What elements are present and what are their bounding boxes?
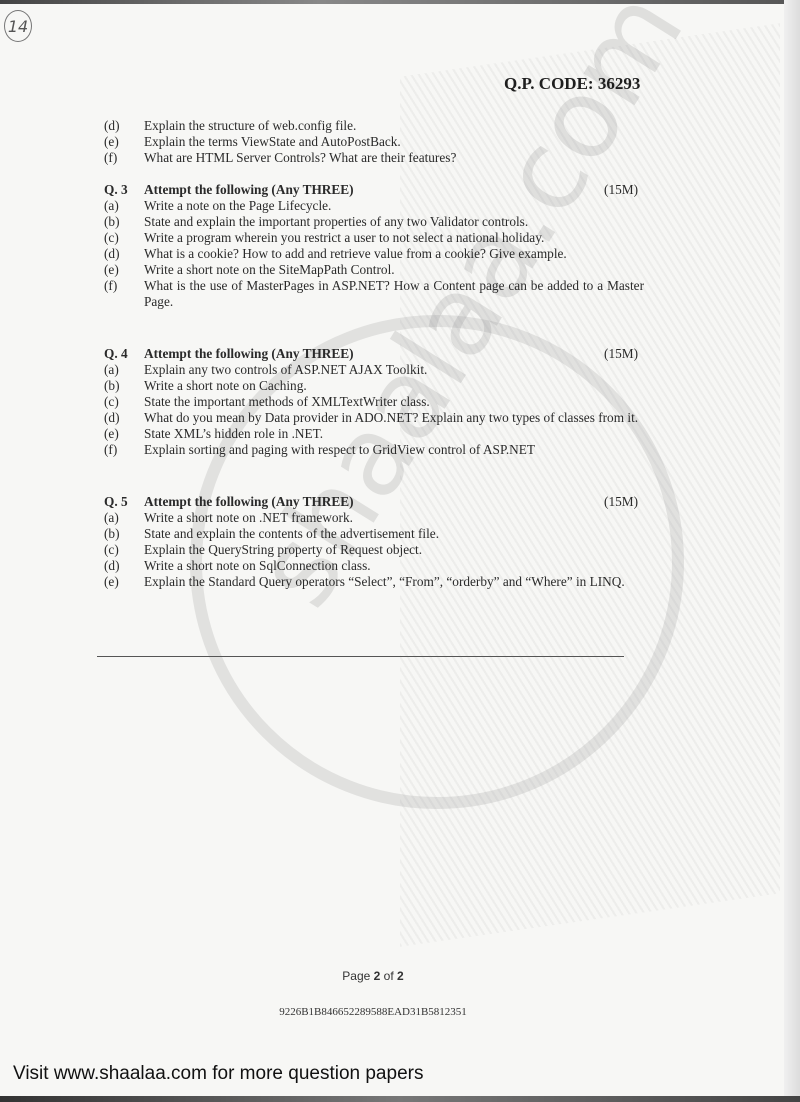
qp-code: Q.P. CODE: 36293 xyxy=(504,74,640,94)
question-item: (b) State and explain the important prop… xyxy=(104,214,644,230)
question-item: (b) State and explain the contents of th… xyxy=(104,526,644,542)
question-item: (a) Explain any two controls of ASP.NET … xyxy=(104,362,644,378)
item-label: (b) xyxy=(104,526,144,542)
item-text: What are HTML Server Controls? What are … xyxy=(144,150,644,166)
item-label: (e) xyxy=(104,134,144,150)
page-total: 2 xyxy=(397,969,404,983)
item-label: (d) xyxy=(104,410,144,426)
question-item: (e) Explain the Standard Query operators… xyxy=(104,574,644,590)
question-marks: (15M) xyxy=(604,346,638,362)
item-text: State XML’s hidden role in .NET. xyxy=(144,426,644,442)
question-header: Q. 4 Attempt the following (Any THREE) (… xyxy=(104,346,644,362)
item-label: (f) xyxy=(104,442,144,458)
item-text: Explain the terms ViewState and AutoPost… xyxy=(144,134,644,150)
item-text: State and explain the contents of the ad… xyxy=(144,526,644,542)
question-number: Q. 5 xyxy=(104,494,144,510)
question-marks: (15M) xyxy=(604,494,638,510)
item-text: What is the use of MasterPages in ASP.NE… xyxy=(144,278,644,310)
footer-promo: Visit www.shaalaa.com for more question … xyxy=(13,1063,423,1085)
item-label: (c) xyxy=(104,542,144,558)
item-label: (f) xyxy=(104,278,144,310)
question-item: (d) Write a short note on SqlConnection … xyxy=(104,558,644,574)
item-text: State and explain the important properti… xyxy=(144,214,644,230)
item-text: Explain the Standard Query operators “Se… xyxy=(144,574,644,590)
item-label: (b) xyxy=(104,378,144,394)
item-text: Explain any two controls of ASP.NET AJAX… xyxy=(144,362,644,378)
question-item: (d) What do you mean by Data provider in… xyxy=(104,410,644,426)
item-label: (a) xyxy=(104,198,144,214)
end-divider xyxy=(97,656,624,657)
question-item: (f) What are HTML Server Controls? What … xyxy=(104,150,644,166)
item-label: (c) xyxy=(104,394,144,410)
item-text: Write a short note on the SiteMapPath Co… xyxy=(144,262,644,278)
item-text: What is a cookie? How to add and retriev… xyxy=(144,246,644,262)
item-text: Explain the structure of web.config file… xyxy=(144,118,644,134)
question-item: (c) Explain the QueryString property of … xyxy=(104,542,644,558)
item-label: (d) xyxy=(104,118,144,134)
question-4: Q. 4 Attempt the following (Any THREE) (… xyxy=(104,346,644,458)
question-instruction: Attempt the following (Any THREE) xyxy=(144,494,644,510)
question-number: Q. 4 xyxy=(104,346,144,362)
item-text: Write a short note on SqlConnection clas… xyxy=(144,558,644,574)
question-item: (a) Write a short note on .NET framework… xyxy=(104,510,644,526)
item-label: (c) xyxy=(104,230,144,246)
item-label: (e) xyxy=(104,426,144,442)
item-label: (b) xyxy=(104,214,144,230)
question-item: (d) Explain the structure of web.config … xyxy=(104,118,644,134)
item-label: (a) xyxy=(104,362,144,378)
question-item: (a) Write a note on the Page Lifecycle. xyxy=(104,198,644,214)
question-instruction: Attempt the following (Any THREE) xyxy=(144,182,644,198)
page-prefix: Page xyxy=(342,969,373,983)
scan-right-edge xyxy=(784,0,800,1102)
item-label: (e) xyxy=(104,262,144,278)
question-3: Q. 3 Attempt the following (Any THREE) (… xyxy=(104,182,644,310)
question-header: Q. 5 Attempt the following (Any THREE) (… xyxy=(104,494,644,510)
item-text: What do you mean by Data provider in ADO… xyxy=(144,410,644,426)
question-item: (f) What is the use of MasterPages in AS… xyxy=(104,278,644,310)
item-text: Write a program wherein you restrict a u… xyxy=(144,230,644,246)
question-marks: (15M) xyxy=(604,182,638,198)
q2-continued-list: (d) Explain the structure of web.config … xyxy=(104,118,644,166)
question-item: (e) Explain the terms ViewState and Auto… xyxy=(104,134,644,150)
item-text: Explain the QueryString property of Requ… xyxy=(144,542,644,558)
item-label: (d) xyxy=(104,246,144,262)
page-of: of xyxy=(380,969,397,983)
question-header: Q. 3 Attempt the following (Any THREE) (… xyxy=(104,182,644,198)
item-label: (f) xyxy=(104,150,144,166)
circled-page-number: 14 xyxy=(4,10,32,42)
question-item: (f) Explain sorting and paging with resp… xyxy=(104,442,644,458)
item-text: Write a note on the Page Lifecycle. xyxy=(144,198,644,214)
page-number: Page 2 of 2 xyxy=(0,969,746,983)
item-text: State the important methods of XMLTextWr… xyxy=(144,394,644,410)
item-label: (a) xyxy=(104,510,144,526)
item-text: Explain sorting and paging with respect … xyxy=(144,442,644,458)
question-instruction: Attempt the following (Any THREE) xyxy=(144,346,644,362)
scan-bottom-edge xyxy=(0,1096,800,1102)
item-label: (d) xyxy=(104,558,144,574)
question-item: (d) What is a cookie? How to add and ret… xyxy=(104,246,644,262)
item-label: (e) xyxy=(104,574,144,590)
question-item: (e) Write a short note on the SiteMapPat… xyxy=(104,262,644,278)
scan-top-edge xyxy=(0,0,800,4)
question-item: (c) State the important methods of XMLTe… xyxy=(104,394,644,410)
question-item: (e) State XML’s hidden role in .NET. xyxy=(104,426,644,442)
question-number: Q. 3 xyxy=(104,182,144,198)
item-text: Write a short note on .NET framework. xyxy=(144,510,644,526)
item-text: Write a short note on Caching. xyxy=(144,378,644,394)
paper-hash-code: 9226B1B846652289588EAD31B5812351 xyxy=(0,1006,746,1018)
question-5: Q. 5 Attempt the following (Any THREE) (… xyxy=(104,494,644,590)
question-item: (c) Write a program wherein you restrict… xyxy=(104,230,644,246)
question-item: (b) Write a short note on Caching. xyxy=(104,378,644,394)
